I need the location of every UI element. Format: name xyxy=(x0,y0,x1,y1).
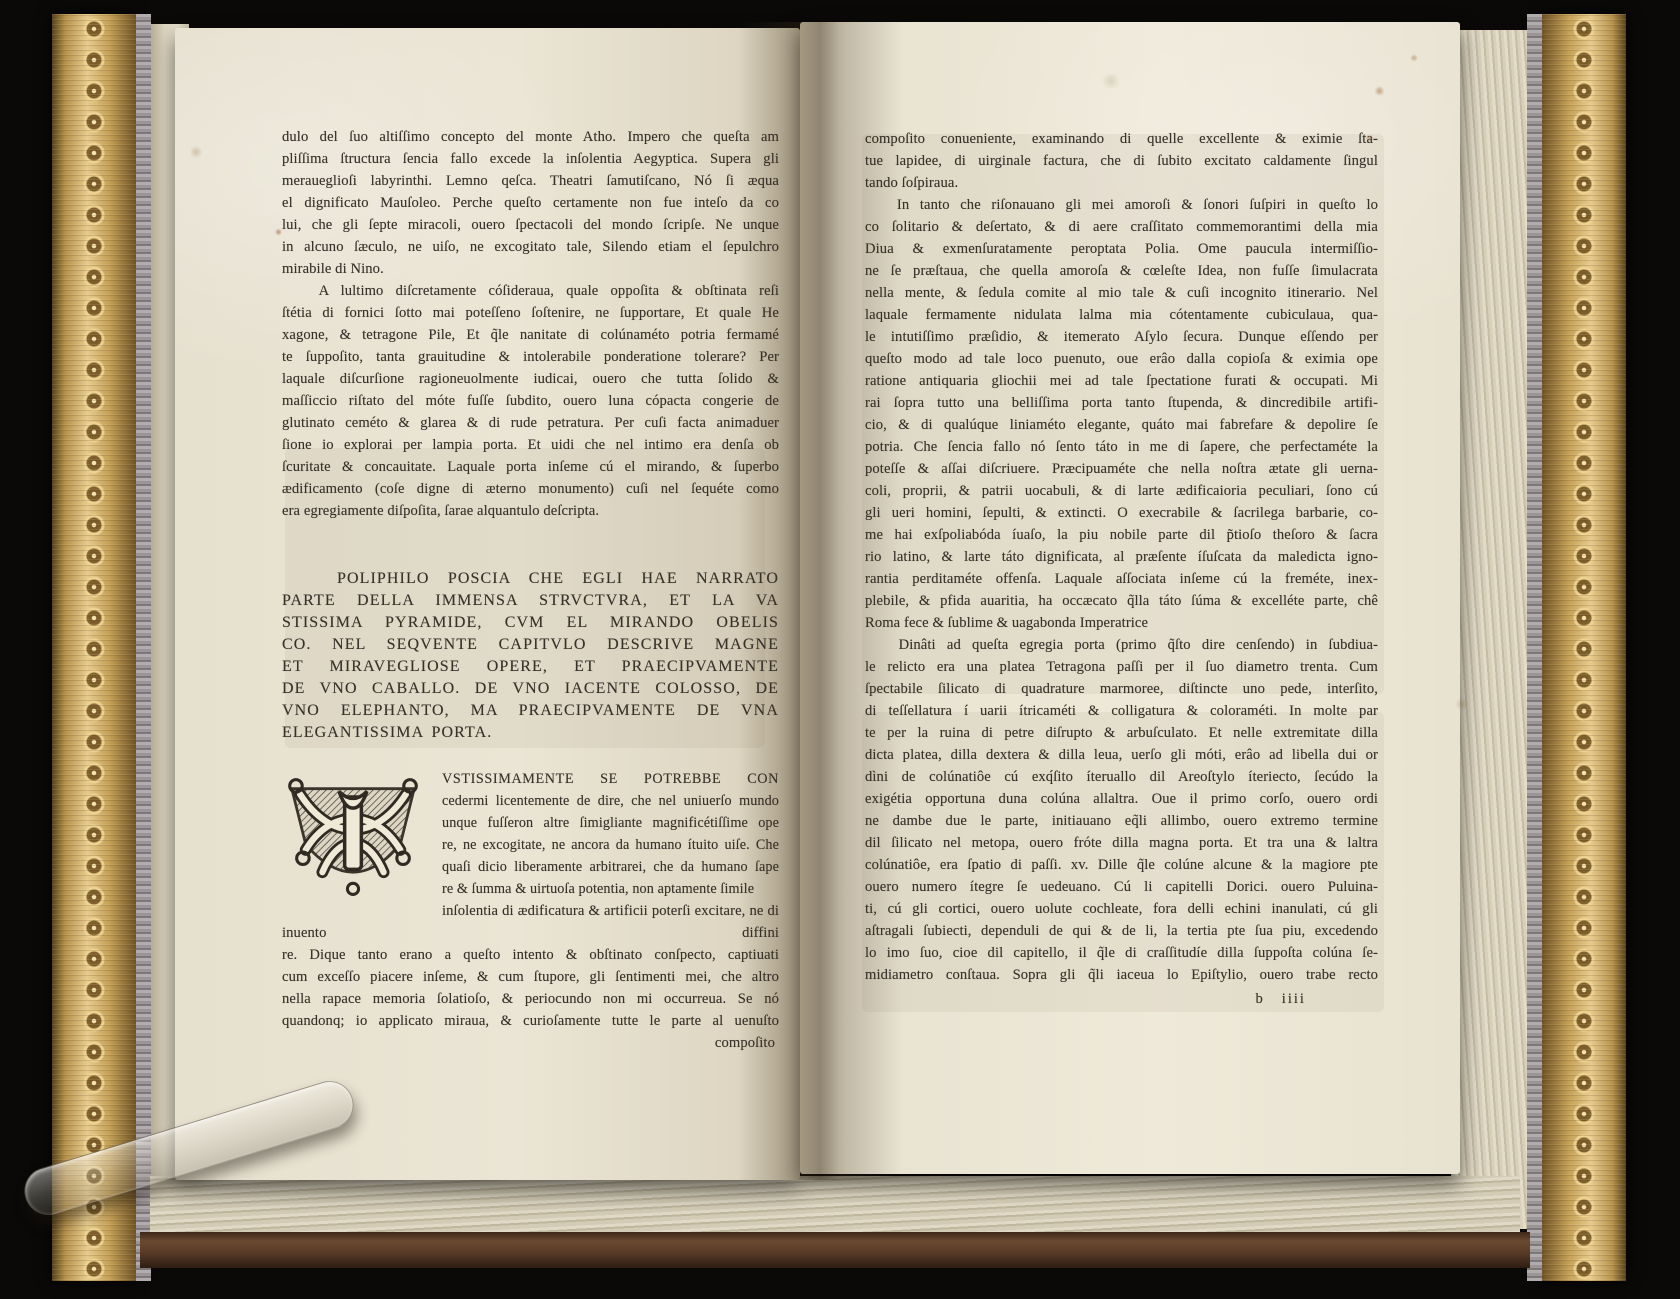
signature-mark: b iiii xyxy=(865,988,1378,1010)
text-line: Roma fece & ſublime & uagabonda Imperatr… xyxy=(865,612,1378,634)
text-line: compoſito conueniente, examinando di que… xyxy=(865,128,1378,150)
paragraph-consideration: A lultimo diſcretamente cóſideraua, qual… xyxy=(282,280,779,522)
text-line: midiametro conſtaua. Sopra gli q̃li iace… xyxy=(865,964,1378,986)
lines-full-width: inſolentia di ædificatura & artificii po… xyxy=(282,900,779,1032)
text-line: el dignificato Mauſoleo. Perche queſto c… xyxy=(282,192,779,214)
text-line: pliſſima ſtructura ſencia fallo excede l… xyxy=(282,148,779,170)
paragraph-continuation: dulo del ſuo altiſſimo concepto del mont… xyxy=(282,126,779,280)
text-line: ſcuritate & concauitate. Laquale porta i… xyxy=(282,456,779,478)
text-line: co ſolitario & deſertato, & di aere craſ… xyxy=(865,216,1378,238)
foxing-spot xyxy=(1410,54,1418,62)
text-line: te ſuppoſito, tanta grauitudine & intole… xyxy=(282,346,779,368)
text-line: Diua & exmenſuratamente peroptata Polia.… xyxy=(865,238,1378,260)
text-line: exigétia opportuna duna colúna allaltra.… xyxy=(865,788,1378,810)
text-line: lo imo ſuo, cioe dil capitello, il q̃le … xyxy=(865,942,1378,964)
text-line: dìni de colúnatiôe cú exq́ſito íteruallo… xyxy=(865,766,1378,788)
text-line: A lultimo diſcretamente cóſideraua, qual… xyxy=(282,280,779,302)
text-line: ſtétia di fornici ſotto mai poteſſeno ſo… xyxy=(282,302,779,324)
text-line: rai ſopra tutto una belliſſima porta tan… xyxy=(865,392,1378,414)
text-line: le relicto era una platea Tetragona paſſ… xyxy=(865,656,1378,678)
right-page: compoſito conueniente, examinando di que… xyxy=(800,22,1460,1174)
foxing-spot xyxy=(189,146,203,158)
text-line: Dinâti ad queſta egregia porta (primo q̃… xyxy=(865,634,1378,656)
text-line: ſpectabile ſilicato di quadrature marmor… xyxy=(865,678,1378,700)
text-line: dil ſilicato nel metopa, ouero fróte dil… xyxy=(865,832,1378,854)
text-line: mirabile di Nino. xyxy=(282,258,779,280)
text-line: dicta platea, dilla dextera & dilla leua… xyxy=(865,744,1378,766)
text-line: laquale diſcurſione ragioneuolmente iudi… xyxy=(282,368,779,390)
text-line: lui, che gli ſepte miracoli, ouero ſpect… xyxy=(282,214,779,236)
text-line: maſſiccio riſtato del móte fuſſe ſubdito… xyxy=(282,390,779,412)
text-line: inſolentia di ædificatura & artificii po… xyxy=(282,900,779,944)
left-page: dulo del ſuo altiſſimo concepto del mont… xyxy=(175,28,800,1180)
text-line: In tanto che riſonauano gli mei amoroſi … xyxy=(865,194,1378,216)
text-line: gli ueri homini, ſepulti, & extincti. O … xyxy=(865,502,1378,524)
text-line: quandonq; io applicato miraua, & curioſa… xyxy=(282,1010,779,1032)
text-line: STISSIMA PYRAMIDE, CVM EL MIRANDO OBELIS xyxy=(282,612,779,634)
text-line: ſione io explorai per lampia porta. Et u… xyxy=(282,434,779,456)
text-line: colúnatiôe, era ſpatio di paſſi. xv. Dil… xyxy=(865,854,1378,876)
text-line: potria. Che ſencia fallo nó ſento táto i… xyxy=(865,436,1378,458)
paragraph-platea: Dinâti ad queſta egregia porta (primo q̃… xyxy=(865,634,1378,986)
text-line: tando ſoſpiraua. xyxy=(865,172,1378,194)
text-line: rio latino, & larte táto dignificata, al… xyxy=(865,546,1378,568)
endpaper-chain-band-right xyxy=(1527,14,1542,1281)
endpaper-chain-band-left xyxy=(136,14,151,1281)
text-line: nella mente, & ſedula comite al mio tale… xyxy=(865,282,1378,304)
text-line: in alcuno ſæculo, ne uiſo, ne excogitato… xyxy=(282,236,779,258)
text-line: ne ſe præſtaua, che quella amoroſa & cœl… xyxy=(865,260,1378,282)
foxing-spot xyxy=(275,228,282,236)
text-line: DE VNO CABALLO. DE VNO IACENTE COLOSSO, … xyxy=(282,678,779,700)
text-line: di teſſellatura í uarii ítricaméti & col… xyxy=(865,700,1378,722)
opening-paragraph: VSTISSIMAMENTE SE POTREBBE CONcedermi li… xyxy=(282,768,779,1054)
left-text-column: dulo del ſuo altiſſimo concepto del mont… xyxy=(282,126,779,1054)
text-line: ratione antiquaria gliochii mei ad tale … xyxy=(865,370,1378,392)
text-line: ædificamento (coſe digne di æterno monum… xyxy=(282,478,779,500)
text-line: rantia perditaméte offenſa. Laquale aſſo… xyxy=(865,568,1378,590)
text-line: aſtragali ſubiecti, dependuli de qui & d… xyxy=(865,920,1378,942)
text-line: cio, & di qualúque liniaméto elegante, q… xyxy=(865,414,1378,436)
text-line: VNO ELEPHANTO, MA PRAECIPVAMENTE DE VNA xyxy=(282,700,779,722)
text-line: tue lapidee, di uirginale factura, che d… xyxy=(865,150,1378,172)
text-line: xagone, & tetragone Pile, Et q̃le nanita… xyxy=(282,324,779,346)
text-line: laquale fermamente nidulata lalma mia có… xyxy=(865,304,1378,326)
text-line: poteſſe & aſſai diſcriuere. Præcipuaméte… xyxy=(865,458,1378,480)
text-line: le intutiſſimo præſidio, & itemerato Aſy… xyxy=(865,326,1378,348)
woodcut-initial-icon xyxy=(282,772,432,904)
text-line: cum exceſſo piacere inſeme, & cum ſtupor… xyxy=(282,966,779,988)
text-line: me hai exſpoliabóda íuaſo, la piu nobile… xyxy=(865,524,1378,546)
text-line: PARTE DELLA IMMENSA STRVCTVRA, ET LA VA xyxy=(282,590,779,612)
text-line: plebile, & pfida auaritia, ha occæcato q… xyxy=(865,590,1378,612)
paragraph-composito: compoſito conueniente, examinando di que… xyxy=(865,128,1378,194)
photo-backdrop: dulo del ſuo altiſſimo concepto del mont… xyxy=(0,0,1680,1299)
text-line: glutinato ceméto & glarea & di rude petr… xyxy=(282,412,779,434)
text-line: era egregiamente diſpoſita, ſarae alquan… xyxy=(282,500,779,522)
text-line: POLIPHILO POSCIA CHE EGLI HAE NARRATO xyxy=(282,568,779,590)
gilt-board-edge-right xyxy=(1542,14,1626,1281)
page-stack-edge-right xyxy=(1451,30,1527,1229)
text-line: coli, proprii, & patrii uocabuli, & di l… xyxy=(865,480,1378,502)
text-line: dulo del ſuo altiſſimo concepto del mont… xyxy=(282,126,779,148)
paragraph-polia: In tanto che riſonauano gli mei amoroſi … xyxy=(865,194,1378,634)
text-line: meraueglioſi labyrinthi. Lemno qeſca. Th… xyxy=(282,170,779,192)
catchword: compoſito xyxy=(282,1032,779,1054)
text-line: ne dambe due le parte, initiauano eq̃li … xyxy=(865,810,1378,832)
right-text-column: compoſito conueniente, examinando di que… xyxy=(865,128,1378,1010)
text-line: te per la ruina di petre diſrupto & arbu… xyxy=(865,722,1378,744)
text-line: re. Dique tanto erano a queſto intento &… xyxy=(282,944,779,966)
gilt-board-edge-left xyxy=(52,14,136,1281)
foxing-spot xyxy=(1100,74,1122,88)
foxing-spot xyxy=(1374,86,1385,96)
text-line: CO. NEL SEQVENTE CAPITVLO DESCRIVE MAGNE xyxy=(282,634,779,656)
page-stack-edge-bottom xyxy=(150,1176,1520,1234)
text-line: ELEGANTISSIMA PORTA. xyxy=(282,722,779,744)
text-line: ouero numero ítegre ſe uedeuano. Cú li c… xyxy=(865,876,1378,898)
text-line: ET MIRAVEGLIOSE OPERE, ET PRAECIPVAMENTE xyxy=(282,656,779,678)
text-line: queſto modo ad tale loco puenuto, oue er… xyxy=(865,348,1378,370)
chapter-heading: POLIPHILO POSCIA CHE EGLI HAE NARRATOPAR… xyxy=(282,568,779,744)
board-edge-bottom xyxy=(140,1232,1530,1268)
text-line: ti, cú gli cortici, ouero uolute cochlea… xyxy=(865,898,1378,920)
text-line: nella rapace memoria ſolatioſo, & perioc… xyxy=(282,988,779,1010)
